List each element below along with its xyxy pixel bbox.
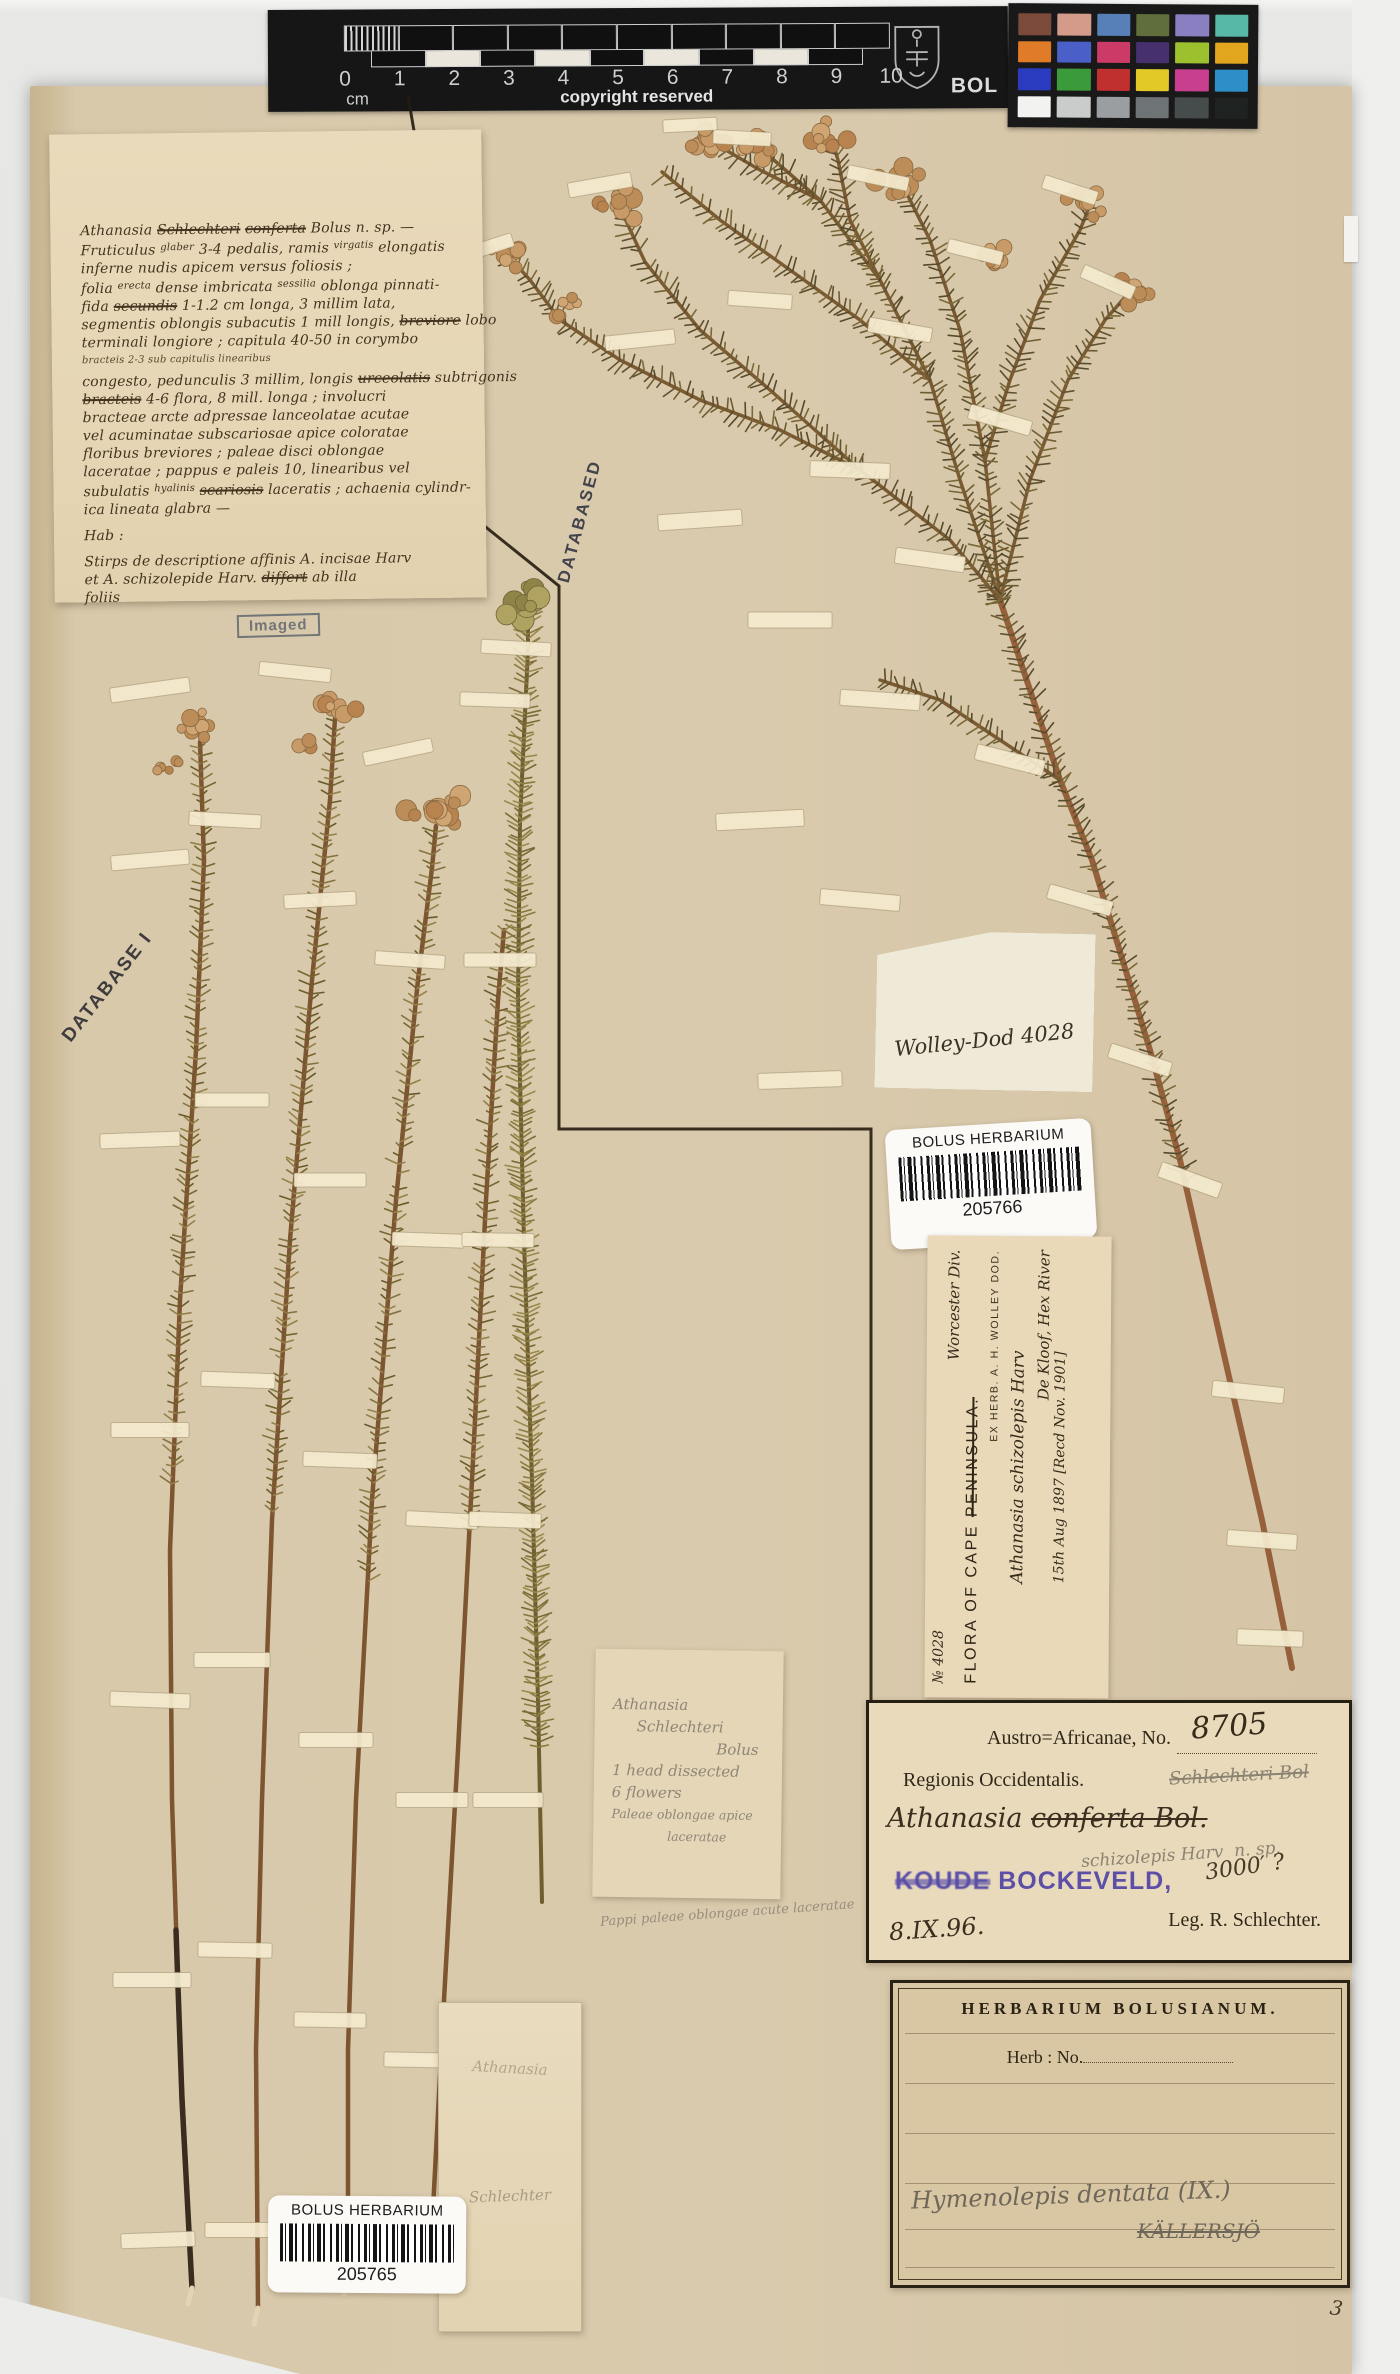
scale-number: 8 [754, 65, 810, 89]
scale-unit-label: cm [346, 89, 369, 109]
bol-crest-icon [890, 20, 944, 94]
color-patch [1214, 70, 1247, 92]
color-patch [1057, 68, 1090, 90]
struck-epithet: conferta Bol. [1031, 1803, 1208, 1834]
barcode-title: BOLUS HERBARIUM [268, 2201, 466, 2219]
collector: Leg. R. Schlechter. [1168, 1909, 1321, 1932]
scale-number: 9 [808, 65, 864, 89]
collection-date: 8.IX.96. [888, 1912, 985, 1947]
cm-block [344, 25, 399, 51]
color-patch [1214, 97, 1247, 119]
cm-block-offset [535, 50, 590, 66]
collection-date: 15th Aug 1897 [Recd Nov. 1901] [1050, 1250, 1069, 1684]
cm-block [835, 23, 890, 49]
cm-block-offset [644, 50, 699, 66]
color-patch [1018, 68, 1051, 90]
struck-name: Schlechteri Bol [1169, 1761, 1310, 1789]
barcode-icon [280, 2223, 454, 2262]
region-line: Regionis Occidentalis. [903, 1769, 1084, 1792]
austro-africanae-label: Austro=Africanae, No. 8705 Regionis Occi… [866, 1700, 1352, 1963]
color-patch [1018, 96, 1051, 118]
handwritten-description-note: Athanasia Schlechteri conferta Bolus n. … [49, 129, 487, 602]
ex-herb-line: EX HERB. A. H. WOLLEY DOD. [986, 1250, 1001, 1684]
label-inner-border [898, 1988, 1342, 2280]
color-patch [1096, 96, 1129, 118]
photo-backing-right [1352, 0, 1400, 2374]
cm-block-offset [590, 50, 645, 66]
cm-scale-strip [344, 23, 890, 52]
color-patch [1136, 42, 1169, 64]
determiner-pencil: KÄLLERSJÖ [1137, 2219, 1260, 2243]
color-patch [1018, 41, 1051, 63]
number-dotted-line [1177, 1753, 1317, 1754]
series-title: Austro=Africanae, No. [987, 1727, 1171, 1750]
cm-block [671, 24, 726, 50]
dissection-line: laceratae [611, 1825, 781, 1849]
cm-block-offset [371, 51, 426, 67]
barcode-label-205765: BOLUS HERBARIUM 205765 [268, 2195, 467, 2293]
dissection-line: Athanasia [613, 1693, 783, 1717]
packet-genus: Athanasia [439, 2055, 582, 2080]
scale-number: 2 [426, 67, 482, 91]
color-patch [1136, 97, 1169, 119]
species-line: Athanasia conferta Bol. [887, 1803, 1208, 1834]
cm-block [726, 23, 781, 49]
cm-block-offset [808, 49, 863, 65]
dissection-line: 1 head dissected [612, 1759, 782, 1783]
description-text: Athanasia Schlechteri conferta Bolus n. … [80, 217, 477, 607]
flora-label-title: FLORA OF CAPE PENINSULA. [962, 1250, 983, 1684]
cm-block [781, 23, 836, 49]
cm-block-offset [426, 51, 481, 67]
scale-number: 1 [372, 67, 428, 91]
color-patch [1215, 15, 1248, 37]
dissection-line: Bolus [612, 1737, 782, 1761]
color-checker-card [1008, 3, 1259, 129]
dissection-line: Schlechteri [613, 1715, 783, 1739]
cm-block-offset [754, 49, 809, 65]
struck-region: PENINSULA. [964, 1397, 982, 1517]
color-patch [1058, 13, 1091, 35]
cm-block-offset [699, 49, 754, 65]
color-patch [1018, 13, 1051, 35]
color-patch [1057, 41, 1090, 63]
cm-block [562, 24, 617, 50]
collector-number: 8705 [1190, 1706, 1269, 1746]
herb-no-dotted-line [1083, 2062, 1233, 2063]
handwritten-line: ica lineata glabra — [84, 496, 476, 519]
flora-cape-peninsula-label: № 4028 Worcester Div. FLORA OF CAPE PENI… [924, 1235, 1111, 1698]
herb-number-line: Herb : No. [893, 2047, 1347, 2068]
scale-number: 0 [317, 67, 373, 91]
color-patch [1175, 42, 1208, 64]
color-patch [1136, 14, 1169, 36]
herbarium-code: BOL [951, 74, 998, 98]
herbarium-specimen-photo: 012345678910 cm copyright reserved BOL A… [0, 0, 1400, 2374]
cm-block [508, 24, 563, 50]
photographic-scale-bar: 012345678910 cm copyright reserved BOL [268, 6, 1009, 112]
dissection-line: Paleae oblongae apice [611, 1803, 781, 1827]
dissection-line: 6 flowers [612, 1781, 782, 1805]
district-annotation: Worcester Div. [942, 1249, 963, 1683]
color-patch [1057, 96, 1090, 118]
cm-block [398, 25, 453, 51]
handwritten-line: Hab : [84, 522, 476, 545]
locality-stamp: KOUDE BOCKEVELD, [895, 1867, 1172, 1896]
copyright-text: copyright reserved [560, 87, 713, 108]
color-patch [1175, 69, 1208, 91]
color-patch [1175, 97, 1208, 119]
sheet-edge-tag [1344, 216, 1358, 262]
scale-number: 3 [481, 67, 537, 91]
color-patch [1215, 42, 1248, 64]
color-patch [1136, 69, 1169, 91]
cm-block [453, 25, 508, 51]
color-patch [1097, 14, 1130, 36]
herbarium-bolusianum-label: HERBARIUM BOLUSIANUM. Herb : No. Hymenol… [890, 1980, 1350, 2288]
cm-block [617, 24, 672, 50]
struck-stamp-word: KOUDE [895, 1867, 990, 1895]
wolley-dod-label: Wolley-Dod 4028 [874, 930, 1095, 1093]
barcode-label-205766: BOLUS HERBARIUM 205766 [885, 1118, 1098, 1250]
species-determination: Athanasia schizolepis Harv [1006, 1250, 1029, 1684]
bolusianum-title: HERBARIUM BOLUSIANUM. [893, 1999, 1347, 2019]
wolley-dod-text: Wolley-Dod 4028 [875, 1017, 1094, 1063]
cm-block-offset [480, 51, 535, 67]
color-patch [1096, 69, 1129, 91]
color-patch [1097, 41, 1130, 63]
dissection-note: AthanasiaSchlechteriBolus1 head dissecte… [592, 1649, 783, 1900]
color-patch [1176, 14, 1209, 36]
imaged-stamp: Imaged [237, 613, 320, 638]
barcode-number: 205765 [268, 2263, 466, 2285]
